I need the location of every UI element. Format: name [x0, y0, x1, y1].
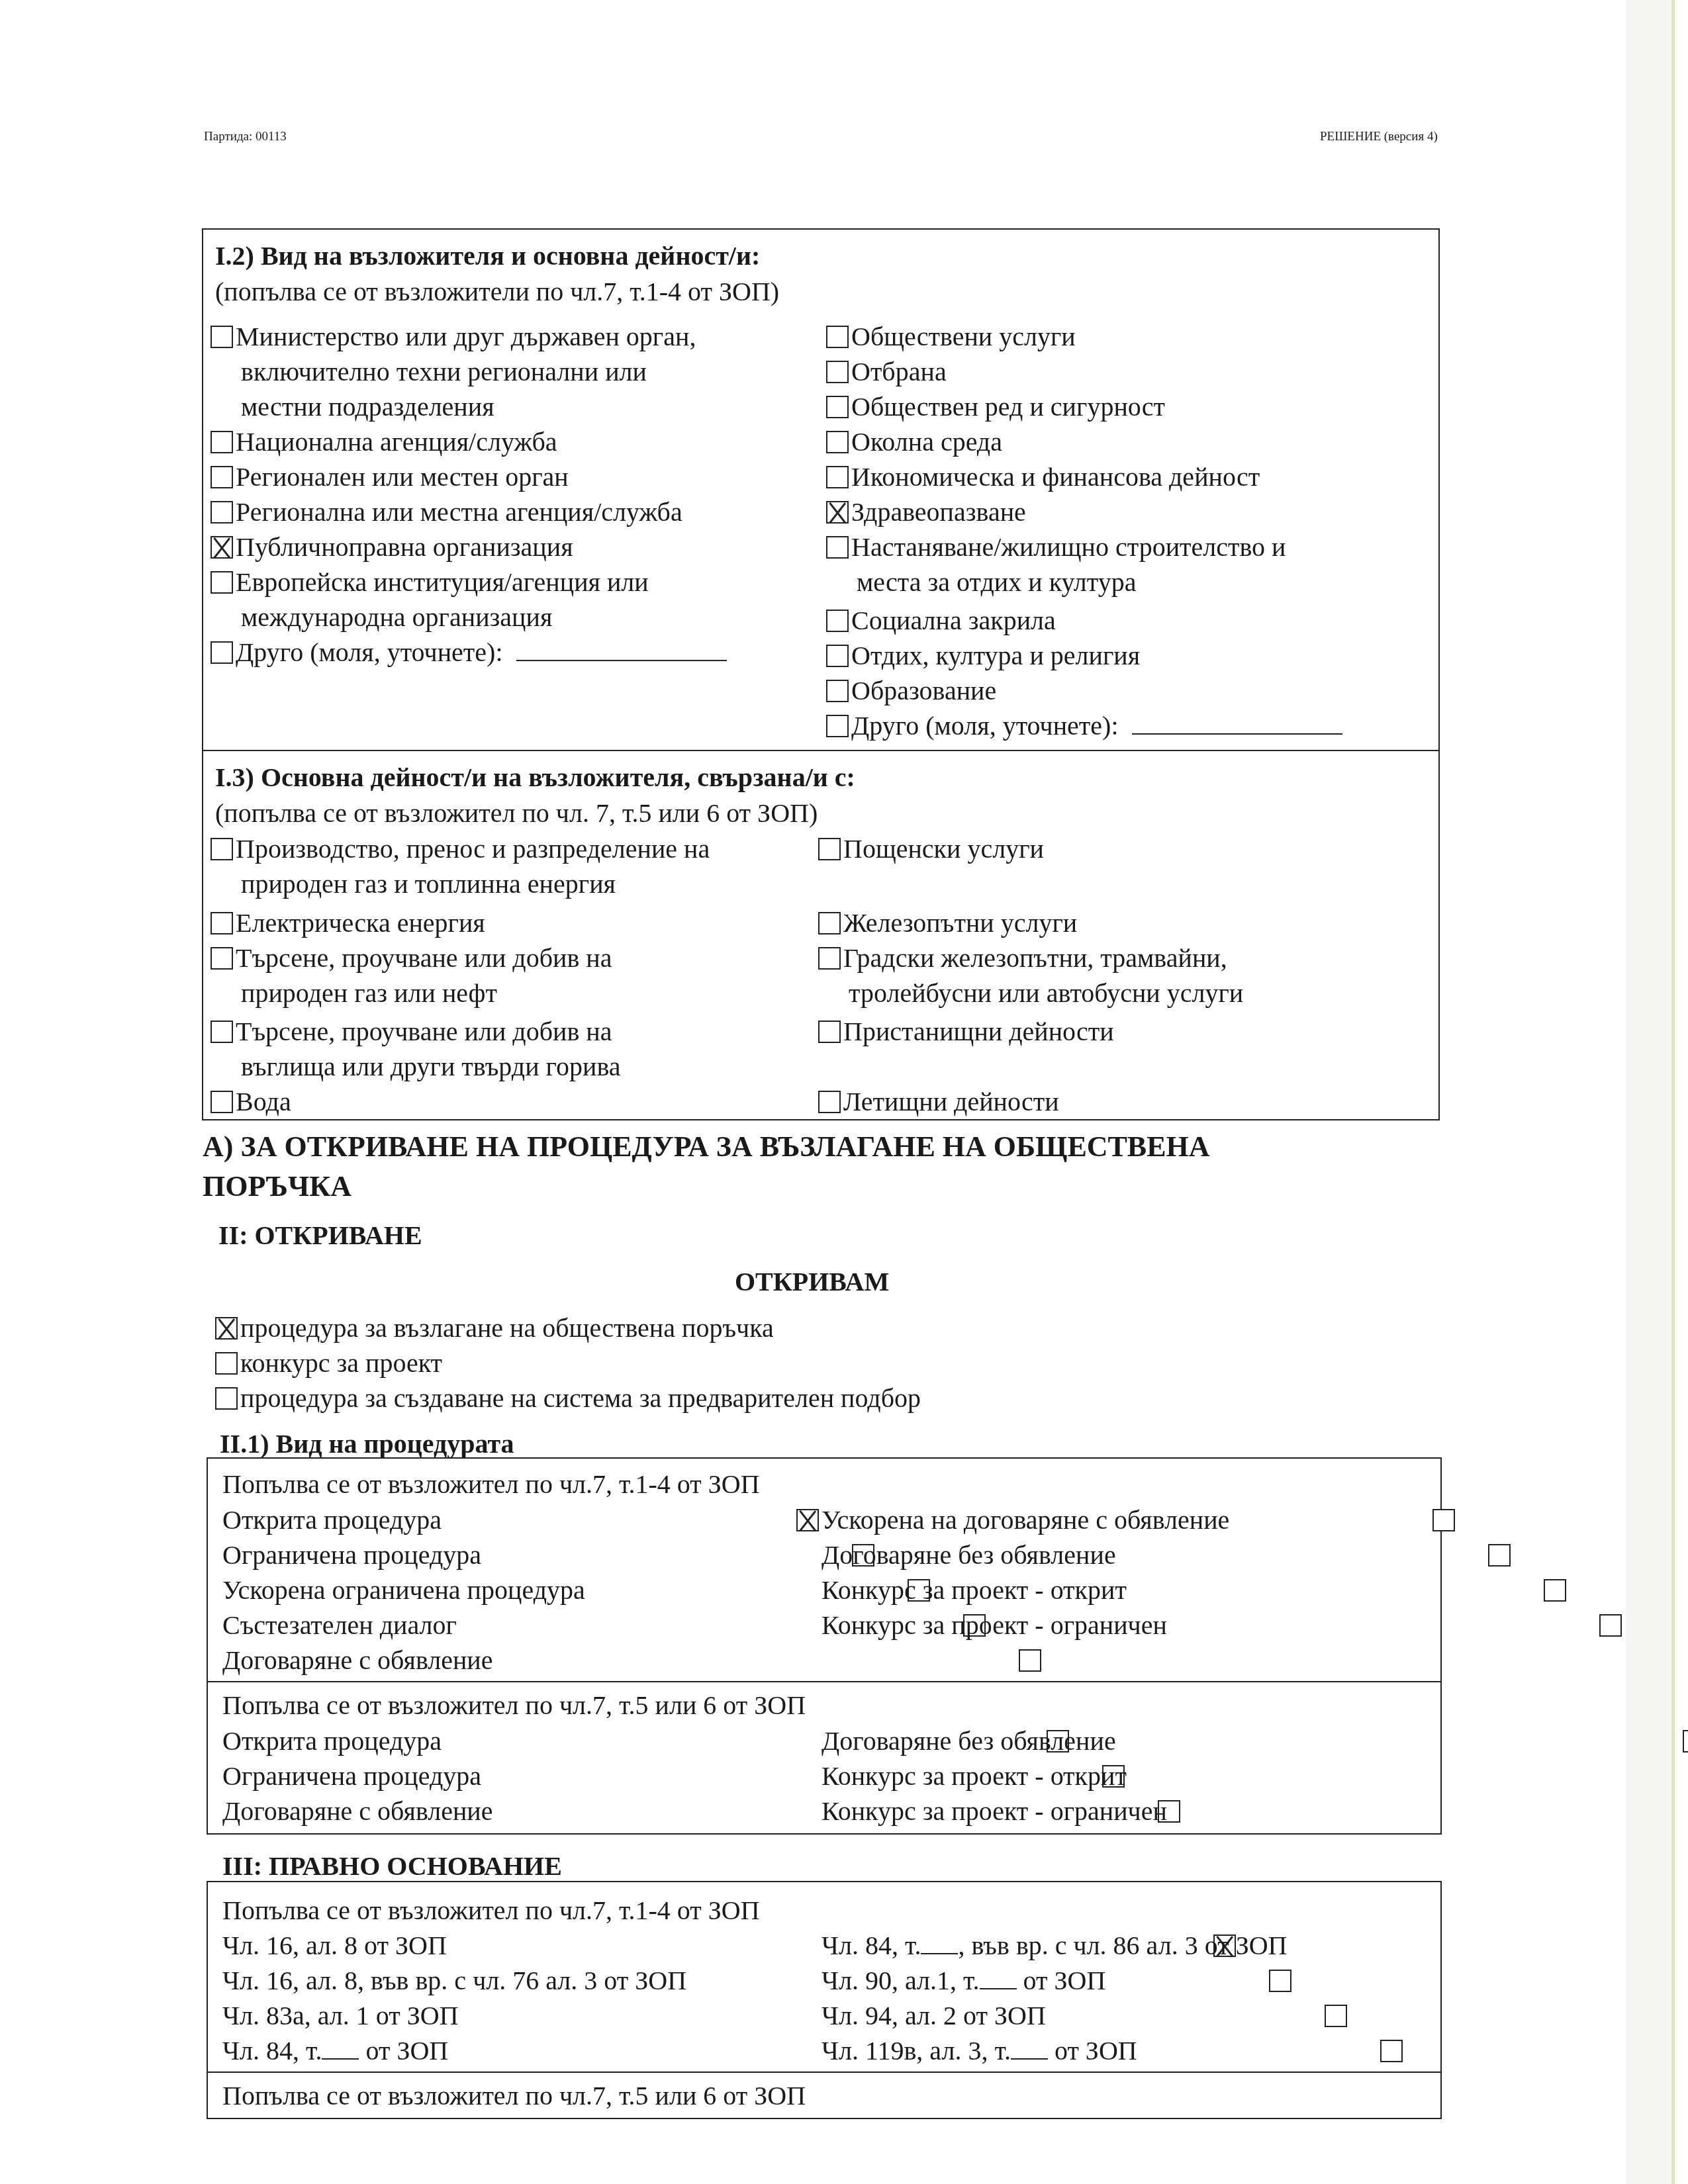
procedure-negotiated-notice-utilities: Договаряне с обявление — [222, 1794, 493, 1829]
checkbox-icon[interactable] — [826, 361, 849, 383]
basis-art94: Чл. 94, ал. 2 от ЗОП — [821, 1998, 1046, 2034]
checkbox-icon[interactable] — [211, 947, 233, 970]
checkbox-icon[interactable] — [215, 1352, 238, 1375]
checkbox-icon[interactable] — [818, 838, 841, 860]
checkbox-regional-body[interactable]: Регионален или местен орган — [211, 459, 569, 495]
checkbox-icon[interactable] — [211, 1091, 233, 1113]
point-input-line[interactable] — [1011, 2038, 1048, 2060]
point-input-line[interactable] — [980, 1968, 1017, 1989]
procedure-contest-open-utilities: Конкурс за проект - открит — [821, 1758, 1127, 1794]
checkbox-port[interactable]: Пристанищни дейности — [818, 1014, 1114, 1050]
checkbox-ministry-line3: местни подразделения — [213, 389, 494, 425]
checkbox-icon[interactable] — [211, 326, 233, 348]
checkbox-airport[interactable]: Летищни дейности — [818, 1084, 1059, 1120]
checkbox-icon[interactable] — [826, 610, 849, 632]
procedure-open: Открита процедура — [222, 1502, 442, 1538]
checkbox-icon[interactable] — [818, 912, 841, 934]
checkbox-postal[interactable]: Пощенски услуги — [818, 831, 1044, 867]
checkbox-oil-gas-line2: природен газ или нефт — [213, 976, 497, 1011]
section-i2-title: I.2) Вид на възложителя и основна дейнос… — [215, 238, 760, 274]
basis-art16: Чл. 16, ал. 8 от ЗОП — [222, 1928, 447, 1964]
checkbox-recreation[interactable]: Отдих, култура и религия — [826, 638, 1140, 674]
checkbox-ministry[interactable]: Министерство или друг държавен орган, — [211, 319, 696, 355]
point-input-line[interactable] — [322, 2038, 359, 2060]
checkbox-icon[interactable] — [818, 1021, 841, 1043]
procedure-restricted-utilities: Ограничена процедура — [222, 1758, 481, 1794]
procedure-open-utilities: Открита процедура — [222, 1723, 442, 1759]
checkbox-social-protection[interactable]: Социална закрила — [826, 603, 1056, 639]
section-ii-title: II: ОТКРИВАНЕ — [218, 1218, 422, 1253]
checkbox-icon[interactable] — [1488, 1544, 1511, 1567]
checkbox-european-institution[interactable]: Европейска институция/агенция или — [211, 565, 649, 600]
checkbox-defence[interactable]: Отбрана — [826, 354, 947, 390]
checkbox-health[interactable]: Здравеопазване — [826, 494, 1026, 530]
basis-art90: Чл. 90, ал.1, т. от ЗОП — [821, 1963, 1105, 1999]
checkbox-environment[interactable]: Околна среда — [826, 424, 1002, 460]
checkbox-icon[interactable] — [826, 645, 849, 667]
page-edge — [1671, 0, 1675, 2184]
checkbox-education[interactable]: Образование — [826, 673, 996, 709]
divider — [207, 2071, 1442, 2073]
open-heading: ОТКРИВАМ — [735, 1264, 889, 1300]
basis-art16-76: Чл. 16, ал. 8, във вр. с чл. 76 ал. 3 от… — [222, 1963, 686, 1999]
section-a-title-line1: А) ЗА ОТКРИВАНЕ НА ПРОЦЕДУРА ЗА ВЪЗЛАГАН… — [203, 1127, 1210, 1167]
checkbox-icon[interactable] — [1325, 2005, 1347, 2027]
checkbox-oil-gas[interactable]: Търсене, проучване или добив на — [211, 940, 612, 976]
checkbox-icon[interactable] — [211, 466, 233, 488]
ii1-group1-heading: Попълва се от възложител по чл.7, т.1-4 … — [222, 1467, 760, 1502]
procedure-contest-restricted-utilities: Конкурс за проект - ограничен — [821, 1794, 1167, 1829]
checkbox-urban-transport-line2: тролейбусни или автобусни услуги — [821, 976, 1243, 1011]
procedure-negotiated-no-notice-utilities: Договаряне без обявление — [821, 1723, 1116, 1759]
checkbox-icon[interactable] — [1380, 2040, 1403, 2062]
checkbox-economic-financial[interactable]: Икономическа и финансова дейност — [826, 459, 1260, 495]
checkbox-other-right[interactable]: Друго (моля, уточнете): — [826, 708, 1342, 744]
checkbox-icon[interactable] — [826, 466, 849, 488]
checkbox-public-services[interactable]: Обществени услуги — [826, 319, 1076, 355]
checkbox-icon[interactable] — [826, 431, 849, 453]
other-input-line[interactable] — [516, 640, 727, 661]
checkbox-icon[interactable] — [211, 838, 233, 860]
checkbox-gas-heat[interactable]: Производство, пренос и разпределение на — [211, 831, 710, 867]
checkbox-icon[interactable] — [1683, 1730, 1688, 1752]
page-edge-shadow — [1626, 0, 1672, 2184]
checkbox-icon[interactable] — [1432, 1509, 1455, 1531]
checkbox-icon[interactable] — [826, 326, 849, 348]
basis-art119v: Чл. 119в, ал. 3, т. от ЗОП — [821, 2033, 1137, 2069]
checkbox-icon[interactable] — [818, 947, 841, 970]
section-a-title-line2: ПОРЪЧКА — [203, 1167, 352, 1206]
checkbox-housing-line2: места за отдих и култура — [829, 565, 1136, 600]
checkbox-water[interactable]: Вода — [211, 1084, 291, 1120]
basis-art84-86: Чл. 84, т., във вр. с чл. 86 ал. 3 от ЗО… — [821, 1928, 1287, 1964]
procedure-contest-restricted: Конкурс за проект - ограничен — [821, 1608, 1167, 1643]
checkbox-icon[interactable] — [211, 571, 233, 594]
checkbox-design-contest[interactable]: конкурс за проект — [215, 1345, 442, 1381]
checked-checkbox-icon[interactable] — [211, 536, 233, 559]
section-i3-subtitle: (попълва се от възложител по чл. 7, т.5 … — [215, 796, 818, 831]
checkbox-icon[interactable] — [826, 536, 849, 559]
checkbox-coal-line2: въглища или други твърди горива — [213, 1049, 621, 1085]
checkbox-icon[interactable] — [211, 1021, 233, 1043]
checkbox-european-institution-line2: международна организация — [213, 600, 552, 635]
checkbox-railway[interactable]: Железопътни услуги — [818, 905, 1077, 941]
batch-number: Партида: 00113 — [204, 130, 287, 144]
checkbox-national-agency[interactable]: Национална агенция/служба — [211, 424, 557, 460]
checkbox-icon[interactable] — [826, 715, 849, 737]
checkbox-icon[interactable] — [211, 641, 233, 664]
procedure-accelerated-negotiated: Ускорена на договаряне с обявление — [821, 1502, 1229, 1538]
ii1-group2-heading: Попълва се от възложител по чл.7, т.5 ил… — [222, 1688, 806, 1723]
checkbox-icon[interactable] — [818, 1091, 841, 1113]
procedure-negotiated-no-notice: Договаряне без обявление — [821, 1537, 1116, 1573]
checkbox-gas-heat-line2: природен газ и топлинна енергия — [213, 866, 616, 902]
checkbox-icon[interactable] — [826, 680, 849, 702]
checkbox-icon[interactable] — [1599, 1614, 1622, 1637]
procedure-accelerated-restricted: Ускорена ограничена процедура — [222, 1572, 585, 1608]
section-i3-title: I.3) Основна дейност/и на възложителя, с… — [215, 760, 855, 796]
procedure-negotiated-notice: Договаряне с обявление — [222, 1643, 493, 1678]
checkbox-icon[interactable] — [826, 396, 849, 418]
procedure-restricted: Ограничена процедура — [222, 1537, 481, 1573]
iii-group1-heading: Попълва се от възложител по чл.7, т.1-4 … — [222, 1893, 760, 1929]
divider — [207, 1681, 1442, 1682]
checkbox-coal[interactable]: Търсене, проучване или добив на — [211, 1014, 612, 1050]
document-title: РЕШЕНИЕ (версия 4) — [1320, 130, 1438, 144]
checkbox-housing[interactable]: Настаняване/жилищно строителство и — [826, 529, 1286, 565]
procedure-contest-open: Конкурс за проект - открит — [821, 1572, 1127, 1608]
checkbox-icon[interactable] — [211, 912, 233, 934]
checked-checkbox-icon[interactable] — [215, 1317, 238, 1340]
checkbox-public-law-org[interactable]: Публичноправна организация — [211, 529, 573, 565]
procedure-competitive-dialogue: Състезателен диалог — [222, 1608, 457, 1643]
checkbox-other-left[interactable]: Друго (моля, уточнете): — [211, 635, 727, 670]
checkbox-qualification-system[interactable]: процедура за създаване на система за пре… — [215, 1381, 921, 1416]
checkbox-public-order[interactable]: Обществен ред и сигурност — [826, 389, 1165, 425]
checkbox-icon[interactable] — [1544, 1579, 1566, 1602]
other-input-line[interactable] — [1132, 713, 1342, 735]
checkbox-ministry-line2: включително техни регионални или — [213, 354, 647, 390]
checkbox-electricity[interactable]: Електрическа енергия — [211, 905, 485, 941]
basis-art84: Чл. 84, т. от ЗОП — [222, 2033, 448, 2069]
section-ii1-title: II.1) Вид на процедурата — [220, 1426, 514, 1462]
checkbox-regional-agency[interactable]: Регионална или местна агенция/служба — [211, 494, 682, 530]
checked-checkbox-icon[interactable] — [826, 501, 849, 523]
checkbox-urban-transport[interactable]: Градски железопътни, трамвайни, — [818, 940, 1227, 976]
point-input-line[interactable] — [921, 1933, 958, 1954]
checkbox-icon[interactable] — [211, 431, 233, 453]
basis-art83a: Чл. 83а, ал. 1 от ЗОП — [222, 1998, 459, 2034]
iii-group2-heading: Попълва се от възложител по чл.7, т.5 ил… — [222, 2078, 806, 2114]
section-iii-title: III: ПРАВНО ОСНОВАНИЕ — [222, 1848, 562, 1884]
checkbox-icon[interactable] — [1269, 1970, 1291, 1992]
checkbox-icon[interactable] — [211, 501, 233, 523]
checkbox-public-procurement[interactable]: процедура за възлагане на обществена пор… — [215, 1310, 774, 1346]
checked-checkbox-icon[interactable] — [796, 1509, 819, 1531]
checkbox-icon[interactable] — [215, 1387, 238, 1410]
section-i2-subtitle: (попълва се от възложители по чл.7, т.1-… — [215, 274, 779, 310]
checkbox-icon[interactable] — [1019, 1649, 1041, 1672]
